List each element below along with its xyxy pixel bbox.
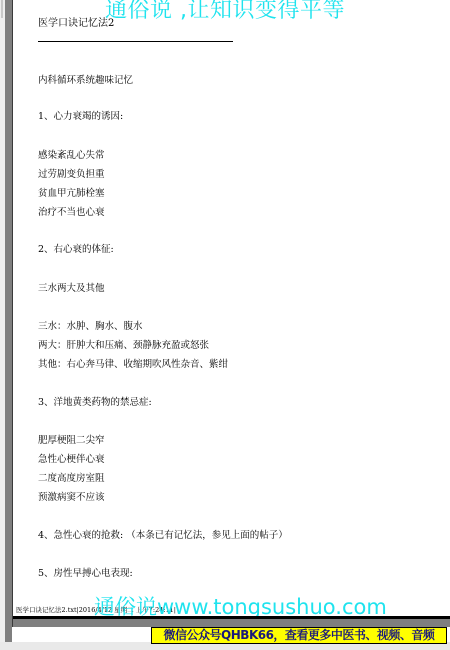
watermark-slogan: 通俗说 ,让知识变得平等: [0, 0, 450, 24]
section-heading: 4、急性心衰的抢救: （本条已有记忆法，参见上面的帖子）: [38, 527, 288, 541]
page-gap: [13, 619, 450, 627]
wechat-banner: 微信公众号QHBK66，查看更多中医书、视频、音频: [151, 627, 447, 644]
mnemonic-line: 感染紊乱心失常: [38, 147, 105, 161]
detail-line: 三水：水肿、胸水、腹水: [38, 318, 143, 332]
left-frame: [5, 627, 12, 642]
section-heading: 5、房性早搏心电表现:: [38, 565, 133, 579]
document-page: 医学口诀记忆法2 内科循环系统趣味记忆 1、心力衰竭的诱因: 感染紊乱心失常 过…: [13, 0, 450, 605]
document-subtitle: 内科循环系统趣味记忆: [38, 72, 133, 86]
mnemonic-line: 预激病窦不应该: [38, 489, 105, 503]
mnemonic-line: 过劳剧变负担重: [38, 166, 105, 180]
mnemonic-line: 三水两大及其他: [38, 280, 105, 294]
section-heading: 2、右心衰的体征:: [38, 241, 114, 255]
mnemonic-line: 急性心梗伴心衰: [38, 451, 105, 465]
mnemonic-line: 贫血甲亢肺栓塞: [38, 185, 105, 199]
section-heading: 1、心力衰竭的诱因:: [38, 108, 123, 122]
mnemonic-line: 二度高度房室阻: [38, 470, 105, 484]
mnemonic-line: 肥厚梗阻二尖窄: [38, 432, 105, 446]
section-heading: 3、洋地黄类药物的禁忌症:: [38, 394, 152, 408]
detail-line: 两大：肝肿大和压痛、颈静脉充盈或怒张: [38, 337, 209, 351]
mnemonic-line: 治疗不当也心衰: [38, 204, 105, 218]
left-frame: [5, 0, 12, 627]
title-divider: [38, 41, 233, 42]
detail-line: 其他：右心奔马律、收缩期吹风性杂音、紫绀: [38, 356, 228, 370]
